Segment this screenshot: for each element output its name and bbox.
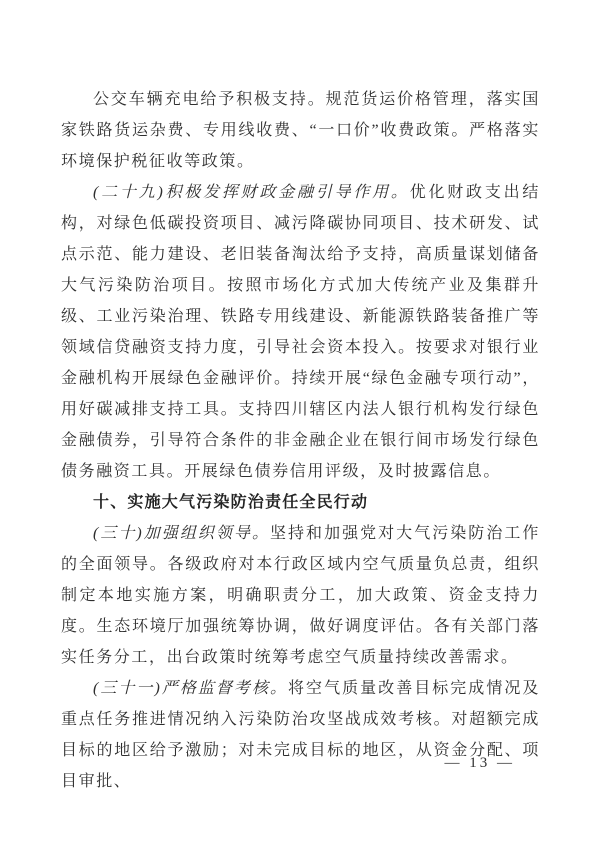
section-30-body: 坚持和加强党对大气污染防治工作的全面领导。各级政府对本行政区域内空气质量负总责，… bbox=[61, 525, 540, 666]
paragraph-section-29: (二十九)积极发挥财政金融引导作用。优化财政支出结构，对绿色低碳投资项目、减污降… bbox=[61, 177, 540, 487]
section-31-title: (三十一)严格监督考核。 bbox=[93, 680, 288, 697]
document-page: 公交车辆充电给予积极支持。规范货运价格管理，落实国家铁路货运杂费、专用线收费、“… bbox=[0, 0, 600, 848]
paragraph-section-30: (三十)加强组织领导。坚持和加强党对大气污染防治工作的全面领导。各级政府对本行政… bbox=[61, 518, 540, 673]
page-number: — 13 — bbox=[0, 755, 515, 772]
section-29-title: (二十九)积极发挥财政金融引导作用。 bbox=[93, 184, 410, 201]
paragraph-continuation: 公交车辆充电给予积极支持。规范货运价格管理，落实国家铁路货运杂费、专用线收费、“… bbox=[61, 84, 540, 177]
document-body: 公交车辆充电给予积极支持。规范货运价格管理，落实国家铁路货运杂费、专用线收费、“… bbox=[61, 84, 540, 797]
chapter-10-heading: 十、实施大气污染防治责任全民行动 bbox=[61, 487, 540, 518]
section-29-body: 优化财政支出结构，对绿色低碳投资项目、减污降碳协同项目、技术研发、试点示范、能力… bbox=[61, 184, 540, 480]
paragraph-section-31: (三十一)严格监督考核。将空气质量改善目标完成情况及重点任务推进情况纳入污染防治… bbox=[61, 673, 540, 797]
section-30-title: (三十)加强组织领导。 bbox=[93, 525, 270, 542]
